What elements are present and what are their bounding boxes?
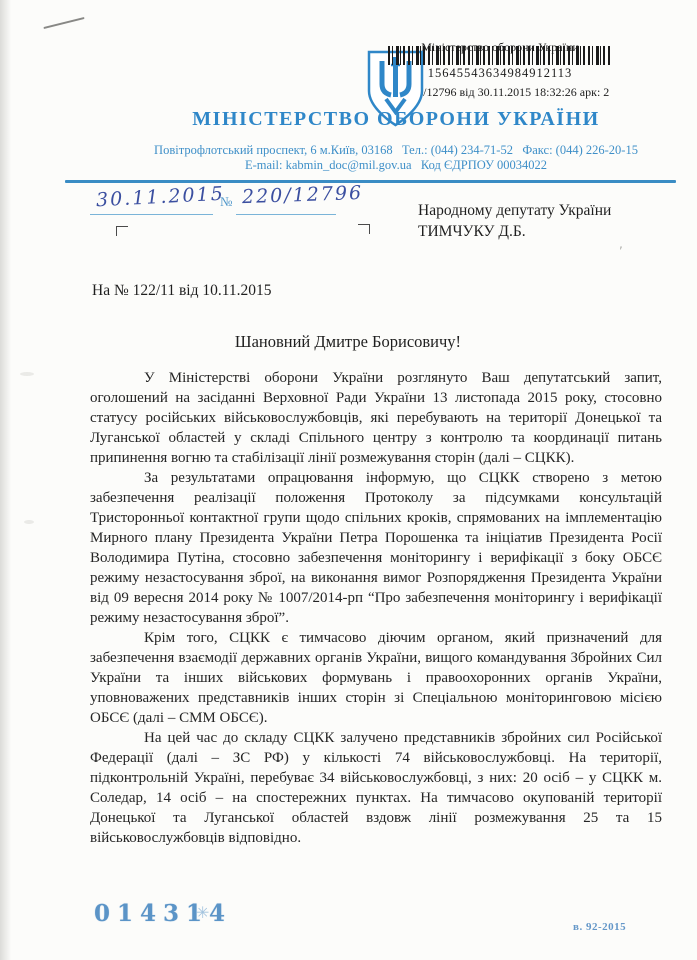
stray-ink-mark: ' <box>617 243 623 259</box>
recipient-block: Народному депутату України ТИМЧУКУ Д.Б. <box>418 200 611 242</box>
letterhead-email: E-mail: kabmin_doc@mil.gov.ua Код ЄДРПОУ… <box>100 158 692 173</box>
form-code: в. 92-2015 <box>573 921 626 933</box>
body-paragraph-4: На цей час до складу СЦКК залучено предс… <box>90 728 662 848</box>
numbering-stamp: 014314 <box>94 900 232 927</box>
reference-line: На № 122/11 від 10.11.2015 <box>92 282 272 300</box>
letterhead-divider <box>65 180 676 183</box>
letterhead: МІНІСТЕРСТВО ОБОРОНИ УКРАЇНИ Повітрофлот… <box>100 108 692 173</box>
registration-fields: 30.11.2015 № 220/12796 <box>90 186 380 236</box>
barcode-block: 15645543634984912113 <box>388 46 612 81</box>
recipient-name: ТИМЧУКУ Д.Б. <box>418 221 611 242</box>
letter-body: У Міністерстві оборони України розглянут… <box>90 368 662 848</box>
number-underline <box>236 214 336 215</box>
letterhead-address: Повітрофлотський проспект, 6 м.Київ, 031… <box>100 143 692 158</box>
recipient-role: Народному депутату України <box>418 200 611 221</box>
address-zone-corner-right <box>358 224 370 234</box>
body-paragraph-2: За результатами опрацювання інформую, що… <box>90 468 662 628</box>
number-sign: № <box>220 194 232 210</box>
pen-stroke-mark <box>43 17 84 29</box>
scan-smudge <box>20 372 34 376</box>
body-paragraph-3: Крім того, СЦКК є тимчасово діючим орган… <box>90 628 662 728</box>
body-paragraph-1: У Міністерстві оборони України розглянут… <box>90 368 662 468</box>
scanned-letter-page: Міністерство оборони України № 220/12796… <box>0 0 697 960</box>
address-zone-corner-left <box>116 226 128 236</box>
ministry-title: МІНІСТЕРСТВО ОБОРОНИ УКРАЇНИ <box>100 108 692 131</box>
handwritten-number: 220/12796 <box>242 182 364 208</box>
barcode-icon <box>388 46 610 65</box>
scan-smudge <box>24 520 34 524</box>
stamp-asterisk-icon: ✳ <box>196 903 209 923</box>
salutation: Шановний Дмитре Борисовичу! <box>62 332 634 352</box>
barcode-number: 15645543634984912113 <box>388 66 612 81</box>
date-underline <box>90 214 213 215</box>
handwritten-date: 30.11.2015 <box>96 183 226 212</box>
